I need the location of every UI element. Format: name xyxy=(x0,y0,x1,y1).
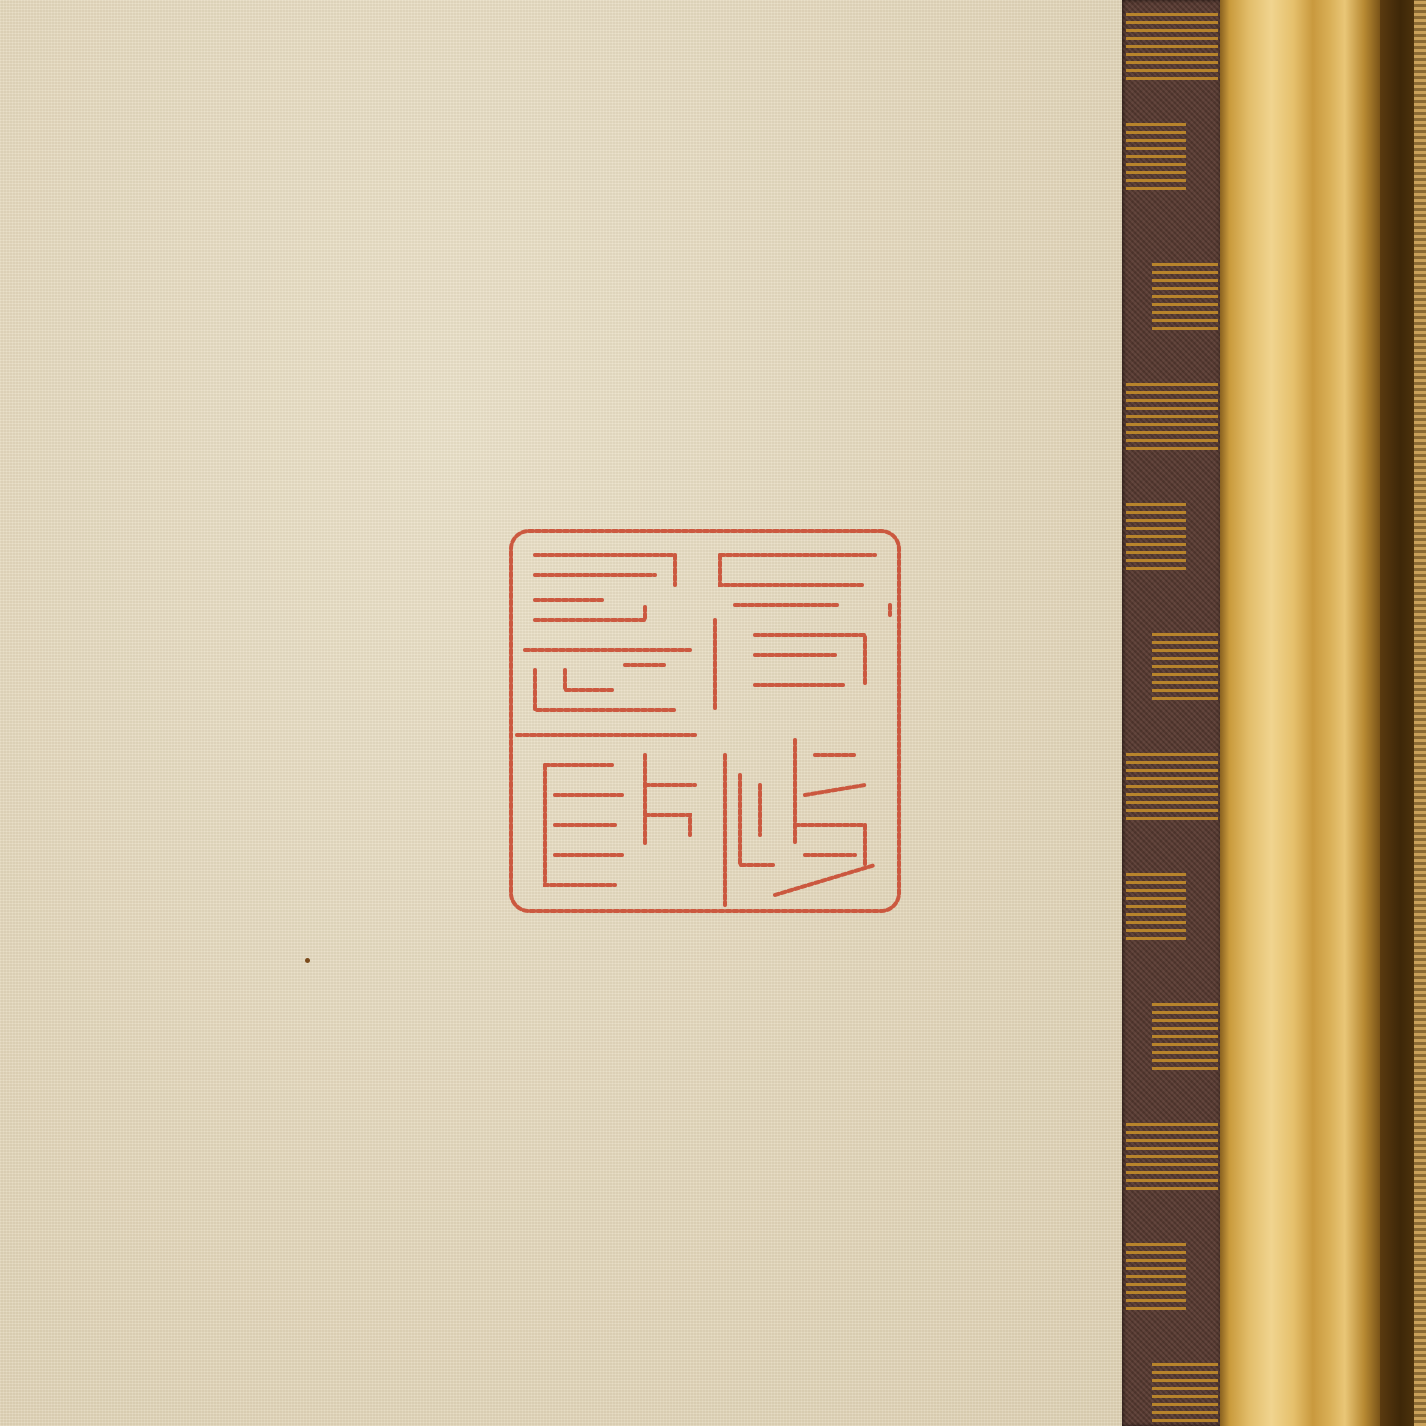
brocade-motif xyxy=(1126,500,1186,570)
brocade-border xyxy=(1122,0,1222,1426)
brocade-motif xyxy=(1152,630,1218,700)
brocade-motif xyxy=(1126,1120,1218,1190)
brocade-motif xyxy=(1126,10,1218,80)
gilt-frame-moulding xyxy=(1220,0,1380,1426)
frame-shadow-groove xyxy=(1380,0,1414,1426)
dust-speck xyxy=(305,958,310,963)
frame-outer-edge xyxy=(1414,0,1426,1426)
brocade-motif xyxy=(1126,750,1218,820)
brocade-motif xyxy=(1152,1360,1218,1426)
red-seal-stamp xyxy=(505,525,905,917)
brocade-motif xyxy=(1152,260,1218,330)
brocade-motif xyxy=(1152,1000,1218,1070)
brocade-motif xyxy=(1126,870,1186,940)
brocade-motif xyxy=(1126,1240,1186,1310)
brocade-motif xyxy=(1126,120,1186,190)
brocade-motif xyxy=(1126,380,1218,450)
